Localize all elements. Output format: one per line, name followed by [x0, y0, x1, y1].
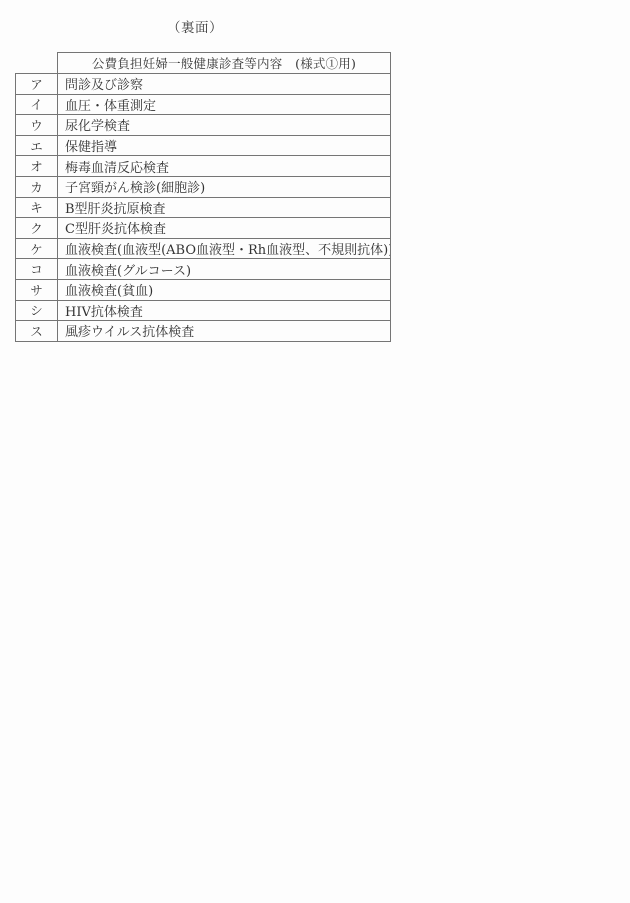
table-row: コ 血液検査(グルコース) — [16, 259, 391, 280]
row-text: 血液検査(血液型(ABO血液型・Rh血液型、不規則抗体)) — [58, 238, 391, 259]
row-key: オ — [16, 156, 58, 177]
page-side-label: （裏面） — [0, 16, 390, 36]
table-row: ア 問診及び診察 — [16, 74, 391, 95]
table-title-cell: 公費負担妊婦一般健康診査等内容 (様式①用) — [58, 53, 391, 74]
row-text: 梅毒血清反応検査 — [58, 156, 391, 177]
row-text: C型肝炎抗体検査 — [58, 218, 391, 239]
row-text: 子宮頸がん検診(細胞診) — [58, 176, 391, 197]
row-text: 血圧・体重測定 — [58, 94, 391, 115]
table-row: オ 梅毒血清反応検査 — [16, 156, 391, 177]
row-key: エ — [16, 135, 58, 156]
row-key: ク — [16, 218, 58, 239]
table-row: ス 風疹ウイルス抗体検査 — [16, 321, 391, 342]
row-text: 保健指導 — [58, 135, 391, 156]
row-text: HIV抗体検査 — [58, 300, 391, 321]
row-key: シ — [16, 300, 58, 321]
table-row: ケ 血液検査(血液型(ABO血液型・Rh血液型、不規則抗体)) — [16, 238, 391, 259]
table-row: シ HIV抗体検査 — [16, 300, 391, 321]
row-text: 風疹ウイルス抗体検査 — [58, 321, 391, 342]
row-key: ケ — [16, 238, 58, 259]
row-text: 問診及び診察 — [58, 74, 391, 95]
table-header-row: 公費負担妊婦一般健康診査等内容 (様式①用) — [16, 53, 391, 74]
row-text: 尿化学検査 — [58, 115, 391, 136]
table-row: ク C型肝炎抗体検査 — [16, 218, 391, 239]
table-row: キ B型肝炎抗原検査 — [16, 197, 391, 218]
table-row: ウ 尿化学検査 — [16, 115, 391, 136]
row-key: コ — [16, 259, 58, 280]
row-key: ス — [16, 321, 58, 342]
table-row: イ 血圧・体重測定 — [16, 94, 391, 115]
row-key: イ — [16, 94, 58, 115]
row-key: カ — [16, 176, 58, 197]
table-row: サ 血液検査(貧血) — [16, 279, 391, 300]
row-key: ア — [16, 74, 58, 95]
checkup-items-table: 公費負担妊婦一般健康診査等内容 (様式①用) ア 問診及び診察 イ 血圧・体重測… — [15, 52, 391, 342]
row-text: B型肝炎抗原検査 — [58, 197, 391, 218]
row-key: サ — [16, 279, 58, 300]
table-row: カ 子宮頸がん検診(細胞診) — [16, 176, 391, 197]
table-row: エ 保健指導 — [16, 135, 391, 156]
header-corner-spacer — [16, 53, 58, 74]
row-key: キ — [16, 197, 58, 218]
document-page: （裏面） 公費負担妊婦一般健康診査等内容 (様式①用) ア 問診及び診察 イ 血… — [0, 0, 630, 903]
row-key: ウ — [16, 115, 58, 136]
row-text: 血液検査(貧血) — [58, 279, 391, 300]
row-text: 血液検査(グルコース) — [58, 259, 391, 280]
